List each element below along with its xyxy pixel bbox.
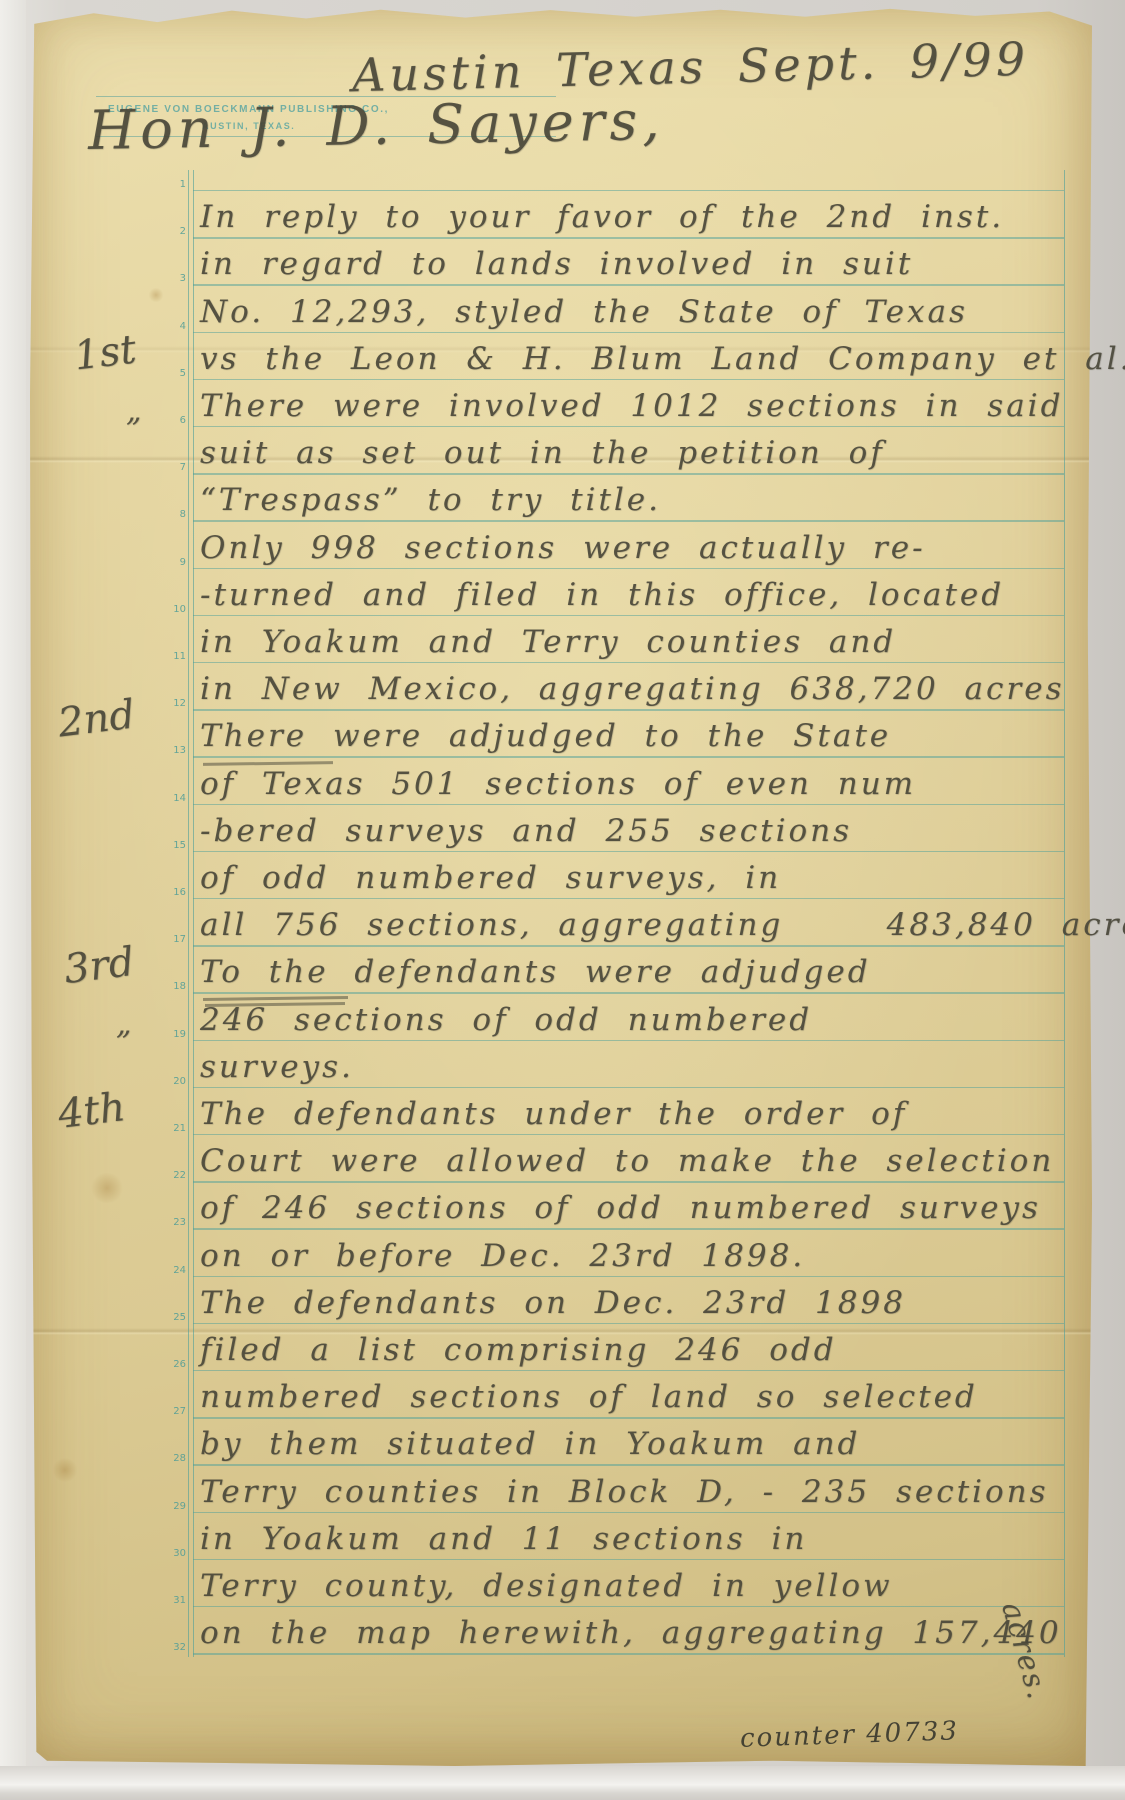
handwritten-salutation: Hon J. D. Sayers, [87, 89, 664, 162]
ditto-mark: „ [116, 1007, 132, 1042]
line-number-label: 32 [160, 1642, 186, 1653]
line-number-label: 20 [160, 1076, 186, 1087]
handwritten-body-line: There were adjudged to the State [200, 713, 891, 759]
line-number-label: 5 [160, 368, 186, 379]
handwritten-body-line: In reply to your favor of the 2nd inst. [200, 194, 1004, 240]
handwritten-body-line: of Texas 501 sections of even num [200, 761, 916, 807]
handwritten-body-line: To the defendants were adjudged [200, 949, 871, 995]
handwritten-body-line: Court were allowed to make the selection [200, 1138, 1054, 1184]
foxing-spot [90, 1173, 124, 1203]
handwritten-body-line: on or before Dec. 23rd 1898. [200, 1233, 805, 1279]
line-number-label: 11 [160, 651, 186, 662]
line-number-label: 8 [160, 509, 186, 520]
line-number-label: 28 [160, 1453, 186, 1464]
line-number-label: 23 [160, 1217, 186, 1228]
line-number-label: 22 [160, 1170, 186, 1181]
handwritten-body-line: in New Mexico, aggregating 638,720 acres [200, 666, 1064, 712]
handwritten-body-line: “Trespass” to try title. [200, 477, 661, 523]
line-number-label: 26 [160, 1359, 186, 1370]
line-number-label: 16 [160, 887, 186, 898]
scan-mat-bottom [0, 1766, 1125, 1800]
margin-note-4th: 4th [55, 1084, 127, 1138]
line-number-label: 9 [160, 557, 186, 568]
line-number-label: 21 [160, 1123, 186, 1134]
ditto-mark: „ [126, 394, 142, 429]
handwritten-body-line: -bered surveys and 255 sections [200, 808, 852, 854]
line-number-label: 27 [160, 1406, 186, 1417]
foxing-spot [52, 1458, 78, 1482]
handwritten-body-line: There were involved 1012 sections in sai… [200, 383, 1063, 429]
margin-vertical-rule [188, 170, 189, 1657]
ruled-line [193, 190, 1064, 191]
handwritten-body-line: numbered sections of land so selected [200, 1374, 978, 1420]
line-number-label: 2 [160, 226, 186, 237]
line-number-label: 3 [160, 273, 186, 284]
handwritten-body-line: The defendants under the order of [200, 1091, 907, 1137]
foxing-spot [148, 288, 164, 302]
handwritten-body-line: Terry counties in Block D, - 235 section… [200, 1469, 1049, 1515]
margin-vertical-rule [193, 170, 194, 1657]
line-number-label: 13 [160, 745, 186, 756]
handwritten-body-line: -turned and filed in this office, locate… [200, 572, 1004, 618]
handwritten-body-line: surveys. [200, 1044, 354, 1090]
scan-mat-left [0, 0, 26, 1800]
handwritten-body-line: in Yoakum and Terry counties and [200, 619, 896, 665]
line-number-label: 17 [160, 934, 186, 945]
handwritten-body-line: No. 12,293, styled the State of Texas [200, 289, 968, 335]
line-number-label: 10 [160, 604, 186, 615]
handwritten-body-line: in Yoakum and 11 sections in [200, 1516, 807, 1562]
line-number-label: 25 [160, 1312, 186, 1323]
handwritten-body-line: The defendants on Dec. 23rd 1898 [200, 1280, 906, 1326]
handwritten-body-line: by them situated in Yoakum and [200, 1421, 860, 1467]
margin-note-3rd: 3rd [61, 939, 136, 993]
line-number-label: 29 [160, 1501, 186, 1512]
margin-note-2nd: 2nd [55, 692, 137, 747]
line-number-label: 19 [160, 1029, 186, 1040]
margin-note-1st: 1st [71, 326, 138, 379]
handwritten-body-line: of 246 sections of odd numbered surveys [200, 1185, 1041, 1231]
line-number-label: 4 [160, 321, 186, 332]
handwritten-body-line: vs the Leon & H. Blum Land Company et al… [200, 336, 1125, 382]
handwritten-body-line: in regard to lands involved in suit [200, 241, 913, 287]
handwritten-body-line: Only 998 sections were actually re- [200, 525, 926, 571]
line-number-label: 31 [160, 1595, 186, 1606]
line-number-label: 14 [160, 793, 186, 804]
handwritten-body-line: on the map herewith, aggregating 157,440 [200, 1610, 1062, 1656]
line-number-label: 1 [160, 179, 186, 190]
handwritten-body-line: suit as set out in the petition of [200, 430, 885, 476]
line-number-label: 7 [160, 462, 186, 473]
line-number-label: 15 [160, 840, 186, 851]
handwritten-body-line: of odd numbered surveys, in [200, 855, 781, 901]
scanned-letter-page: EUGENE VON BOECKMANN PUBLISHING CO., AUS… [0, 0, 1125, 1800]
handwritten-body-line: Terry county, designated in yellow [200, 1563, 893, 1609]
line-number-label: 24 [160, 1265, 186, 1276]
line-number-label: 30 [160, 1548, 186, 1559]
line-number-label: 12 [160, 698, 186, 709]
line-number-label: 6 [160, 415, 186, 426]
handwritten-body-line: all 756 sections, aggregating 483,840 ac… [200, 902, 1125, 948]
line-number-label: 18 [160, 981, 186, 992]
handwritten-body-line: filed a list comprising 246 odd [200, 1327, 837, 1373]
